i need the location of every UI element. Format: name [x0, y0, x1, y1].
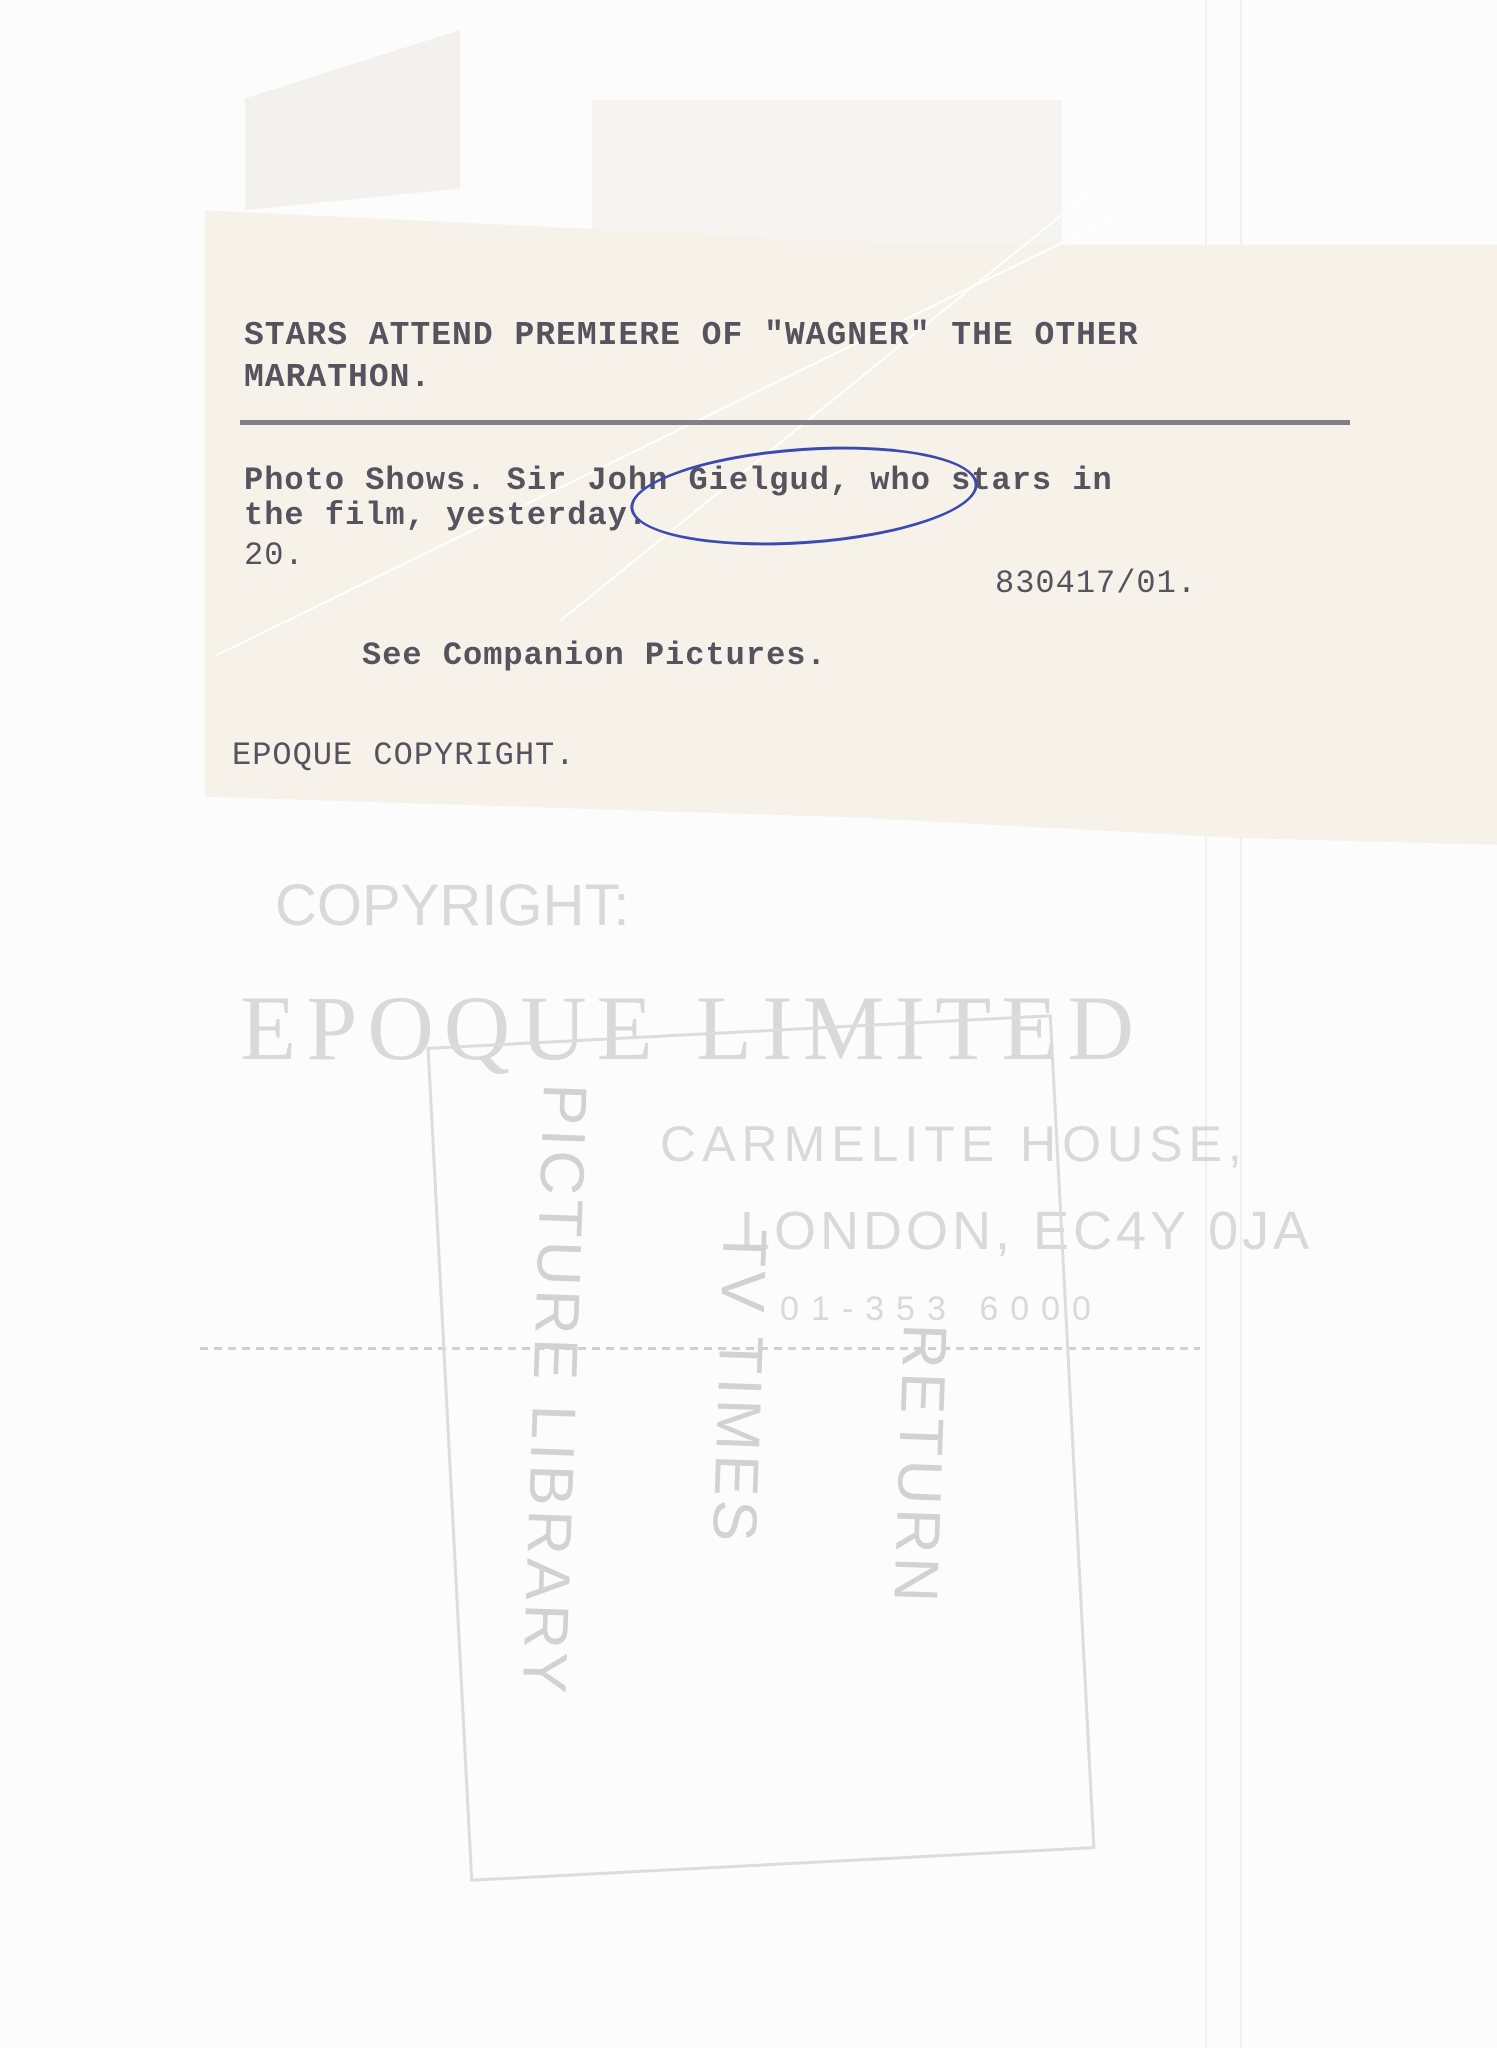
caption-headline-line2: MARATHON. — [244, 360, 431, 396]
caption-underline-rule — [240, 420, 1350, 425]
library-stamp-return: RETURN — [879, 1323, 960, 1608]
caption-number: 20. — [244, 540, 305, 572]
library-stamp-tv-times: TV TIMES — [698, 1228, 780, 1547]
stamp-copyright-label: COPYRIGHT: — [275, 872, 630, 939]
caption-headline-line1: STARS ATTEND PREMIERE OF "WAGNER" THE OT… — [244, 318, 1139, 354]
caption-reference-number: 830417/01. — [995, 568, 1197, 600]
caption-body-line2: the film, yesterday. — [244, 500, 648, 532]
caption-companion-note: See Companion Pictures. — [362, 640, 827, 672]
caption-copyright-line: EPOQUE COPYRIGHT. — [232, 740, 575, 772]
